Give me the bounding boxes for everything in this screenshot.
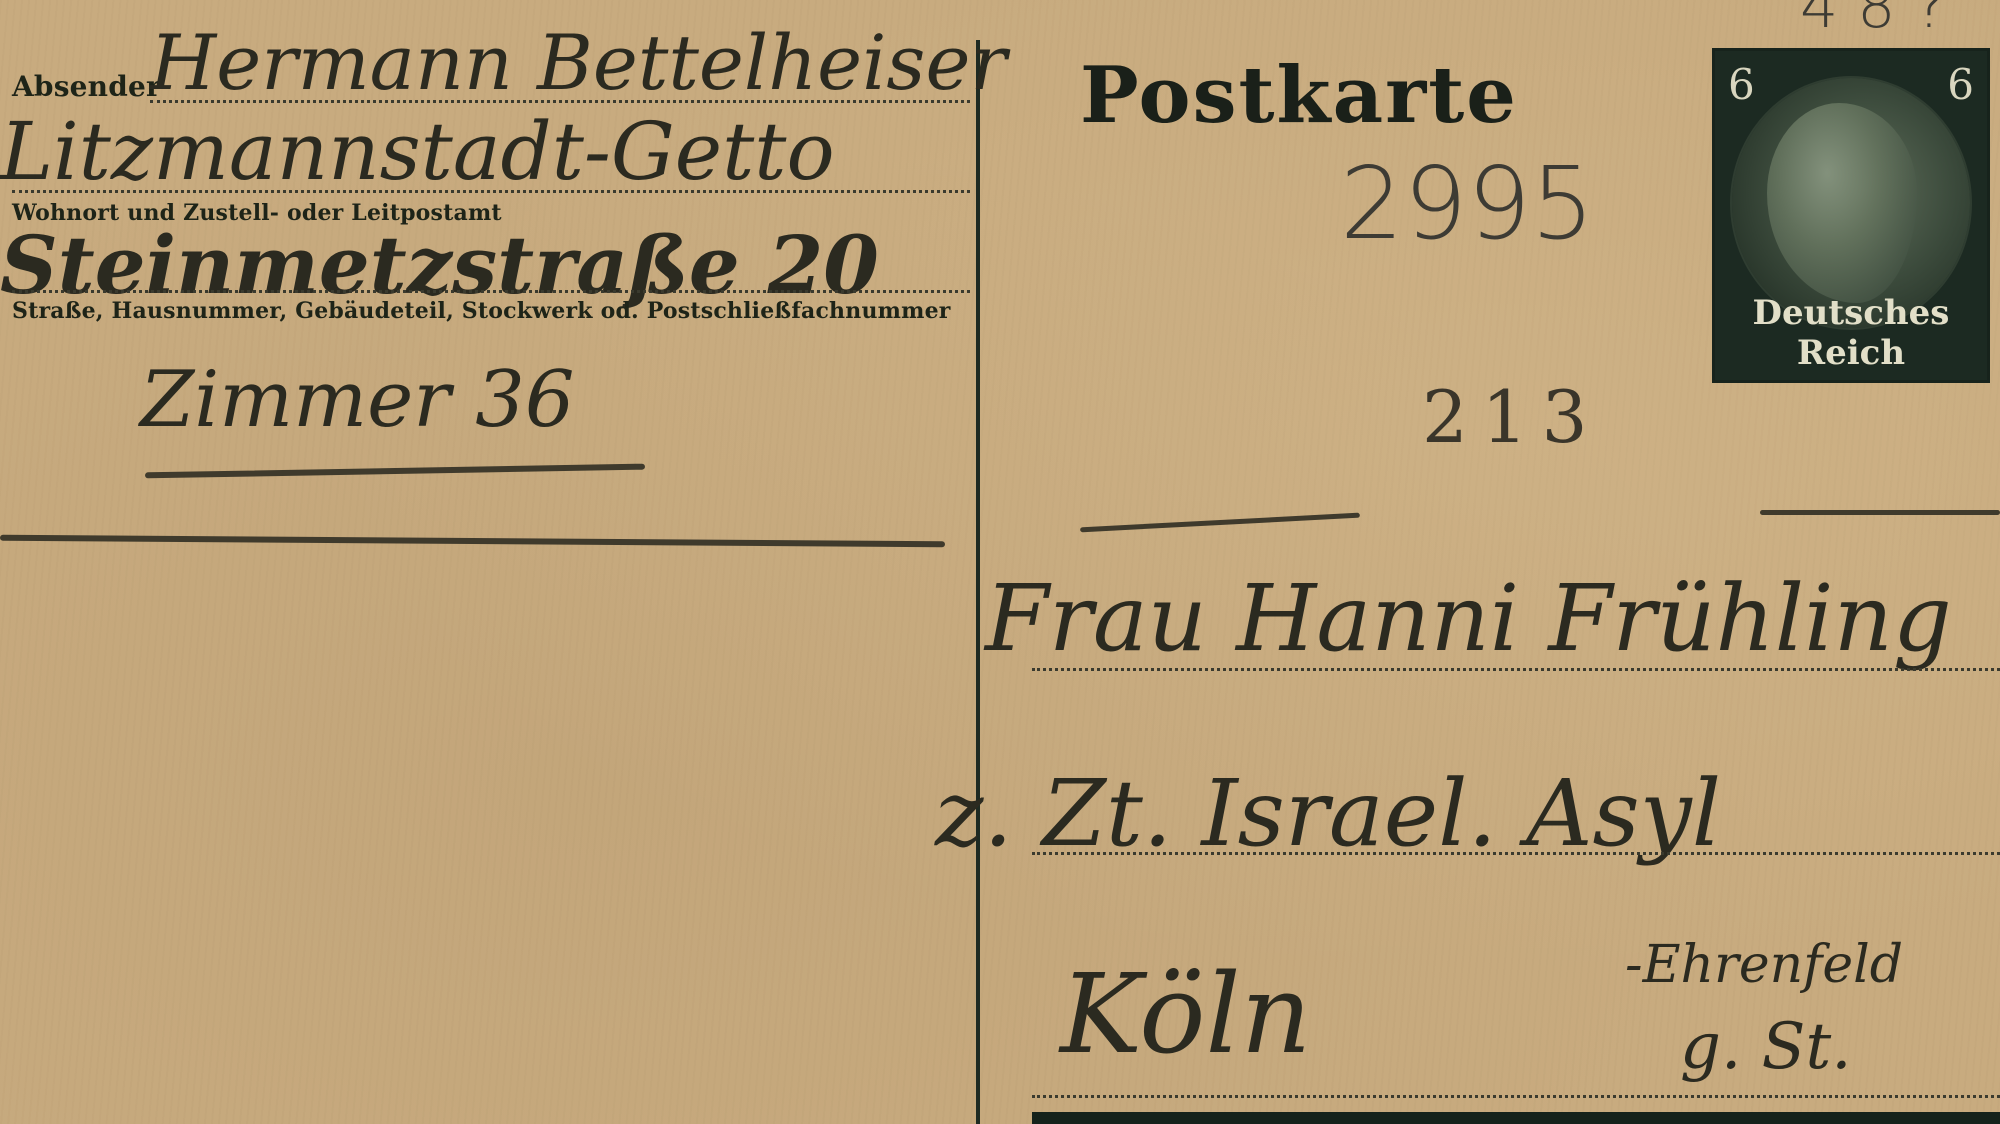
sender-name-handwritten: Hermann Bettelheiser — [150, 18, 1007, 107]
recipient-extra-handwritten: g. St. — [1680, 1010, 1852, 1084]
room-underline — [145, 464, 645, 479]
recipient-address-handwritten: z. Zt. Israel. Asyl — [935, 760, 1721, 867]
recipient-line3-dotted — [1032, 1095, 2000, 1098]
strasse-dotted-line — [12, 290, 970, 293]
sender-city-handwritten: Litzmannstadt-Getto — [0, 105, 835, 198]
postage-stamp: 6 6 Deutsches Reich — [1712, 48, 1990, 383]
recipient-line1-flourish-right — [1760, 510, 2000, 515]
stamp-value-left: 6 — [1728, 60, 1755, 109]
recipient-district-handwritten: -Ehrenfeld — [1625, 935, 1903, 995]
strasse-label: Straße, Hausnummer, Gebäudeteil, Stockwe… — [12, 298, 951, 324]
stamp-value-right: 6 — [1947, 60, 1974, 109]
sender-room-handwritten: Zimmer 36 — [140, 355, 575, 445]
wohnort-dotted-line — [12, 190, 970, 193]
top-corner-pencil-note: 4 8 ? — [1800, 0, 1946, 42]
recipient-name-handwritten: Frau Hanni Frühling — [985, 565, 1952, 672]
absender-label: Absender — [12, 70, 161, 103]
recipient-line2-dotted — [1032, 852, 2000, 855]
bottom-dark-strip — [1032, 1112, 2000, 1124]
recipient-line1-flourish-left — [1080, 513, 1360, 533]
handwritten-archive-number: 2995 — [1340, 145, 1595, 262]
sender-block-end-stroke — [0, 535, 945, 548]
recipient-city-handwritten: Köln — [1060, 950, 1311, 1078]
stamped-number: 213 — [1422, 375, 1601, 459]
address-divider-line — [976, 40, 980, 1124]
postkarte-title: Postkarte — [1080, 50, 1518, 141]
recipient-line1-dotted — [1032, 668, 2000, 671]
stamp-caption: Deutsches Reich — [1712, 293, 1990, 373]
